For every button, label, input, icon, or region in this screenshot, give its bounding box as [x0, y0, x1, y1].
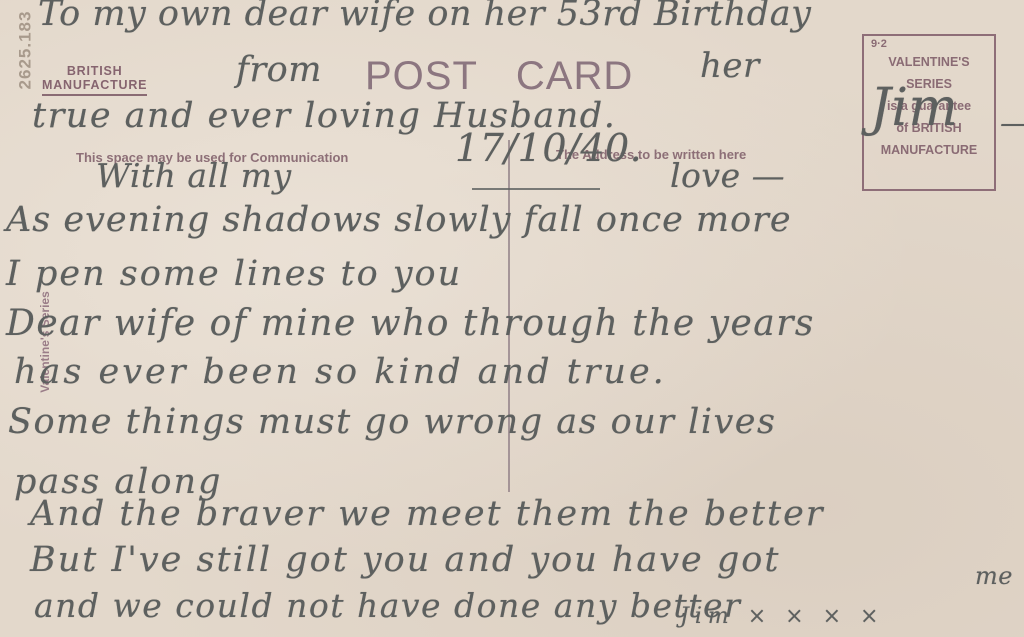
closing-kisses: Jim × × × ×: [680, 604, 884, 629]
handwritten-word-love: love —: [670, 156, 785, 195]
poem-line-1: As evening shadows slowly fall once more: [6, 200, 792, 240]
poem-line-7: And the braver we meet them the better: [30, 494, 825, 534]
poem-line-3: Dear wife of mine who through the years: [6, 303, 815, 344]
publisher-number: 2625.183: [15, 11, 35, 90]
postcard-back: 2625.183 BRITISH MANUFACTURE POSTCARD Th…: [0, 0, 1024, 637]
poem-line-8: But I've still got you and you have got: [30, 540, 780, 580]
signature-dash: —: [1000, 106, 1024, 141]
stamp-line-5: MANUFACTURE: [864, 139, 994, 161]
handwritten-word-from: from: [236, 50, 322, 90]
signature: Jim: [870, 78, 958, 138]
poem-line-5: Some things must go wrong as our lives: [8, 402, 776, 442]
handwritten-date: 17/10/40.: [455, 126, 642, 170]
manufacture-label: MANUFACTURE: [42, 78, 147, 96]
title-card: CARD: [516, 54, 633, 98]
date-underline: [472, 188, 600, 190]
poem-line-2: I pen some lines to you: [6, 254, 462, 294]
title-post: POST: [365, 54, 478, 98]
poem-line-4: has ever been so kind and true.: [14, 352, 667, 392]
handwritten-line-with-all-my: With all my: [96, 156, 292, 195]
handwritten-line-dedication: To my own dear wife on her 53rd Birthday: [38, 0, 811, 34]
poem-insert-me: me: [975, 562, 1013, 590]
poem-line-9: and we could not have done any better: [34, 586, 741, 625]
stamp-code: 9·2: [871, 38, 887, 50]
british-manufacture-mark: BRITISH MANUFACTURE: [42, 64, 147, 96]
postcard-title: POSTCARD: [365, 54, 633, 99]
handwritten-word-her: her: [700, 46, 760, 86]
british-label: BRITISH: [67, 64, 123, 78]
stamp-line-1: VALENTINE'S: [864, 51, 994, 73]
